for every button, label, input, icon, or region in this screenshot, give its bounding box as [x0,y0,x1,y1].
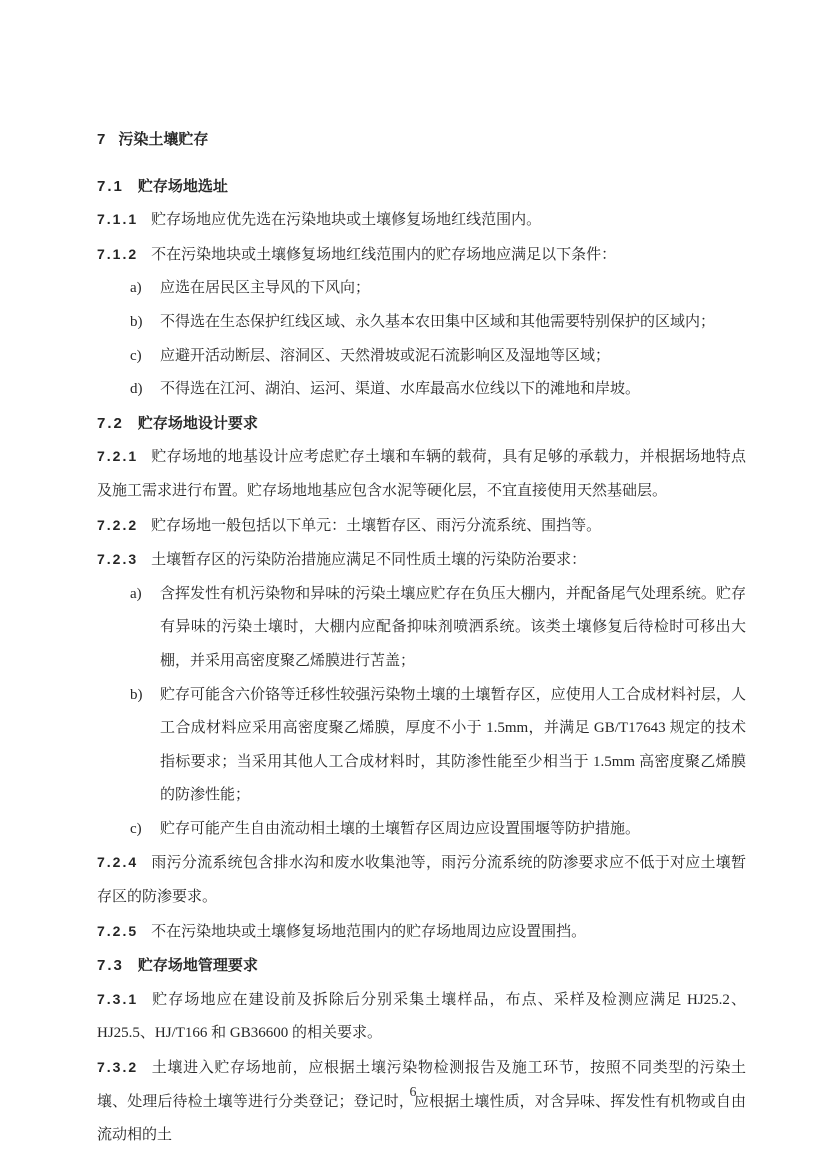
item-text: 不得选在江河、湖泊、运河、渠道、水库最高水位线以下的滩地和岸坡。 [160,381,640,397]
clause-text: 贮存场地应优先选在污染地块或土壤修复场地红线范围内。 [151,212,541,228]
list-item-a: a)应选在居民区主导风的下风向； [97,272,746,306]
chapter-number: 7 [97,123,106,157]
section-number: 7.2 [97,407,124,441]
section-title: 贮存场地设计要求 [138,415,258,432]
clause-number: 7.2.3 [97,543,138,577]
clause-number: 7.1.1 [97,203,138,237]
clause-text: 贮存场地一般包括以下单元：土壤暂存区、雨污分流系统、围挡等。 [151,518,601,534]
clause-text: 不在污染地块或土壤修复场地红线范围内的贮存场地应满足以下条件： [151,247,616,263]
clause-7-2-5: 7.2.5不在污染地块或土壤修复场地范围内的贮存场地周边应设置围挡。 [97,915,746,950]
clause-text: 贮存场地的地基设计应考虑贮存土壤和车辆的载荷，具有足够的承载力，并根据场地特点及… [97,449,746,499]
item-label: b) [130,306,143,340]
section-number: 7.3 [97,949,124,983]
list-item-d: d)不得选在江河、湖泊、运河、渠道、水库最高水位线以下的滩地和岸坡。 [97,373,746,407]
item-label: b) [130,679,143,713]
clause-text: 贮存场地应在建设前及拆除后分别采集土壤样品，布点、采样及检测应满足 HJ25.2… [97,992,746,1042]
section-title: 贮存场地管理要求 [138,957,258,974]
clause-number: 7.2.4 [97,846,138,880]
document-page: 7污染土壤贮存 7.1贮存场地选址 7.1.1贮存场地应优先选在污染地块或土壤修… [0,0,826,1169]
section-number: 7.1 [97,170,124,204]
clause-7-2-2: 7.2.2贮存场地一般包括以下单元：土壤暂存区、雨污分流系统、围挡等。 [97,509,746,544]
clause-text: 雨污分流系统包含排水沟和废水收集池等，雨污分流系统的防渗要求应不低于对应土壤暂存… [97,855,746,905]
clause-7-1-2: 7.1.2不在污染地块或土壤修复场地红线范围内的贮存场地应满足以下条件： [97,238,746,273]
section-heading-7-1: 7.1贮存场地选址 [97,170,746,204]
list-item-b: b)贮存可能含六价铬等迁移性较强污染物土壤的土壤暂存区，应使用人工合成材料衬层，… [97,679,746,813]
clause-7-2-4: 7.2.4雨污分流系统包含排水沟和废水收集池等，雨污分流系统的防渗要求应不低于对… [97,846,746,914]
chapter-title: 污染土壤贮存 [118,131,208,148]
list-item-c: c)应避开活动断层、溶洞区、天然滑坡或泥石流影响区及湿地等区域； [97,340,746,374]
item-text: 不得选在生态保护红线区域、永久基本农田集中区域和其他需要特别保护的区域内； [160,314,715,330]
clause-number: 7.2.2 [97,509,138,543]
list-item-b: b)不得选在生态保护红线区域、永久基本农田集中区域和其他需要特别保护的区域内； [97,306,746,340]
clause-7-1-1: 7.1.1贮存场地应优先选在污染地块或土壤修复场地红线范围内。 [97,203,746,238]
clause-7-3-1: 7.3.1贮存场地应在建设前及拆除后分别采集土壤样品，布点、采样及检测应满足 H… [97,983,746,1051]
page-number: 6 [0,1076,826,1110]
list-item-a: a)含挥发性有机污染物和异味的污染土壤应贮存在负压大棚内，并配备尾气处理系统。贮… [97,578,746,679]
section-title: 贮存场地选址 [138,178,228,195]
item-text: 应避开活动断层、溶洞区、天然滑坡或泥石流影响区及湿地等区域； [160,348,610,364]
item-text: 应选在居民区主导风的下风向； [160,280,370,296]
clause-number: 7.1.2 [97,238,138,272]
clause-7-2-3: 7.2.3土壤暂存区的污染防治措施应满足不同性质土壤的污染防治要求： [97,543,746,578]
list-item-c: c)贮存可能产生自由流动相土壤的土壤暂存区周边应设置围堰等防护措施。 [97,813,746,847]
clause-number: 7.2.5 [97,915,138,949]
clause-7-2-1: 7.2.1贮存场地的地基设计应考虑贮存土壤和车辆的载荷，具有足够的承载力，并根据… [97,440,746,508]
item-label: d) [130,373,143,407]
item-text: 含挥发性有机污染物和异味的污染土壤应贮存在负压大棚内，并配备尾气处理系统。贮存有… [160,586,746,669]
item-label: c) [130,813,142,847]
clause-text: 不在污染地块或土壤修复场地范围内的贮存场地周边应设置围挡。 [151,924,586,940]
item-label: a) [130,272,142,306]
clause-number: 7.3.1 [97,983,138,1017]
chapter-heading: 7污染土壤贮存 [97,123,746,157]
item-label: c) [130,340,142,374]
section-heading-7-2: 7.2贮存场地设计要求 [97,407,746,441]
item-text: 贮存可能产生自由流动相土壤的土壤暂存区周边应设置围堰等防护措施。 [160,821,640,837]
item-text: 贮存可能含六价铬等迁移性较强污染物土壤的土壤暂存区，应使用人工合成材料衬层，人工… [160,687,746,804]
item-label: a) [130,578,142,612]
clause-text: 土壤暂存区的污染防治措施应满足不同性质土壤的污染防治要求： [151,552,586,568]
clause-number: 7.2.1 [97,440,138,474]
section-heading-7-3: 7.3贮存场地管理要求 [97,949,746,983]
